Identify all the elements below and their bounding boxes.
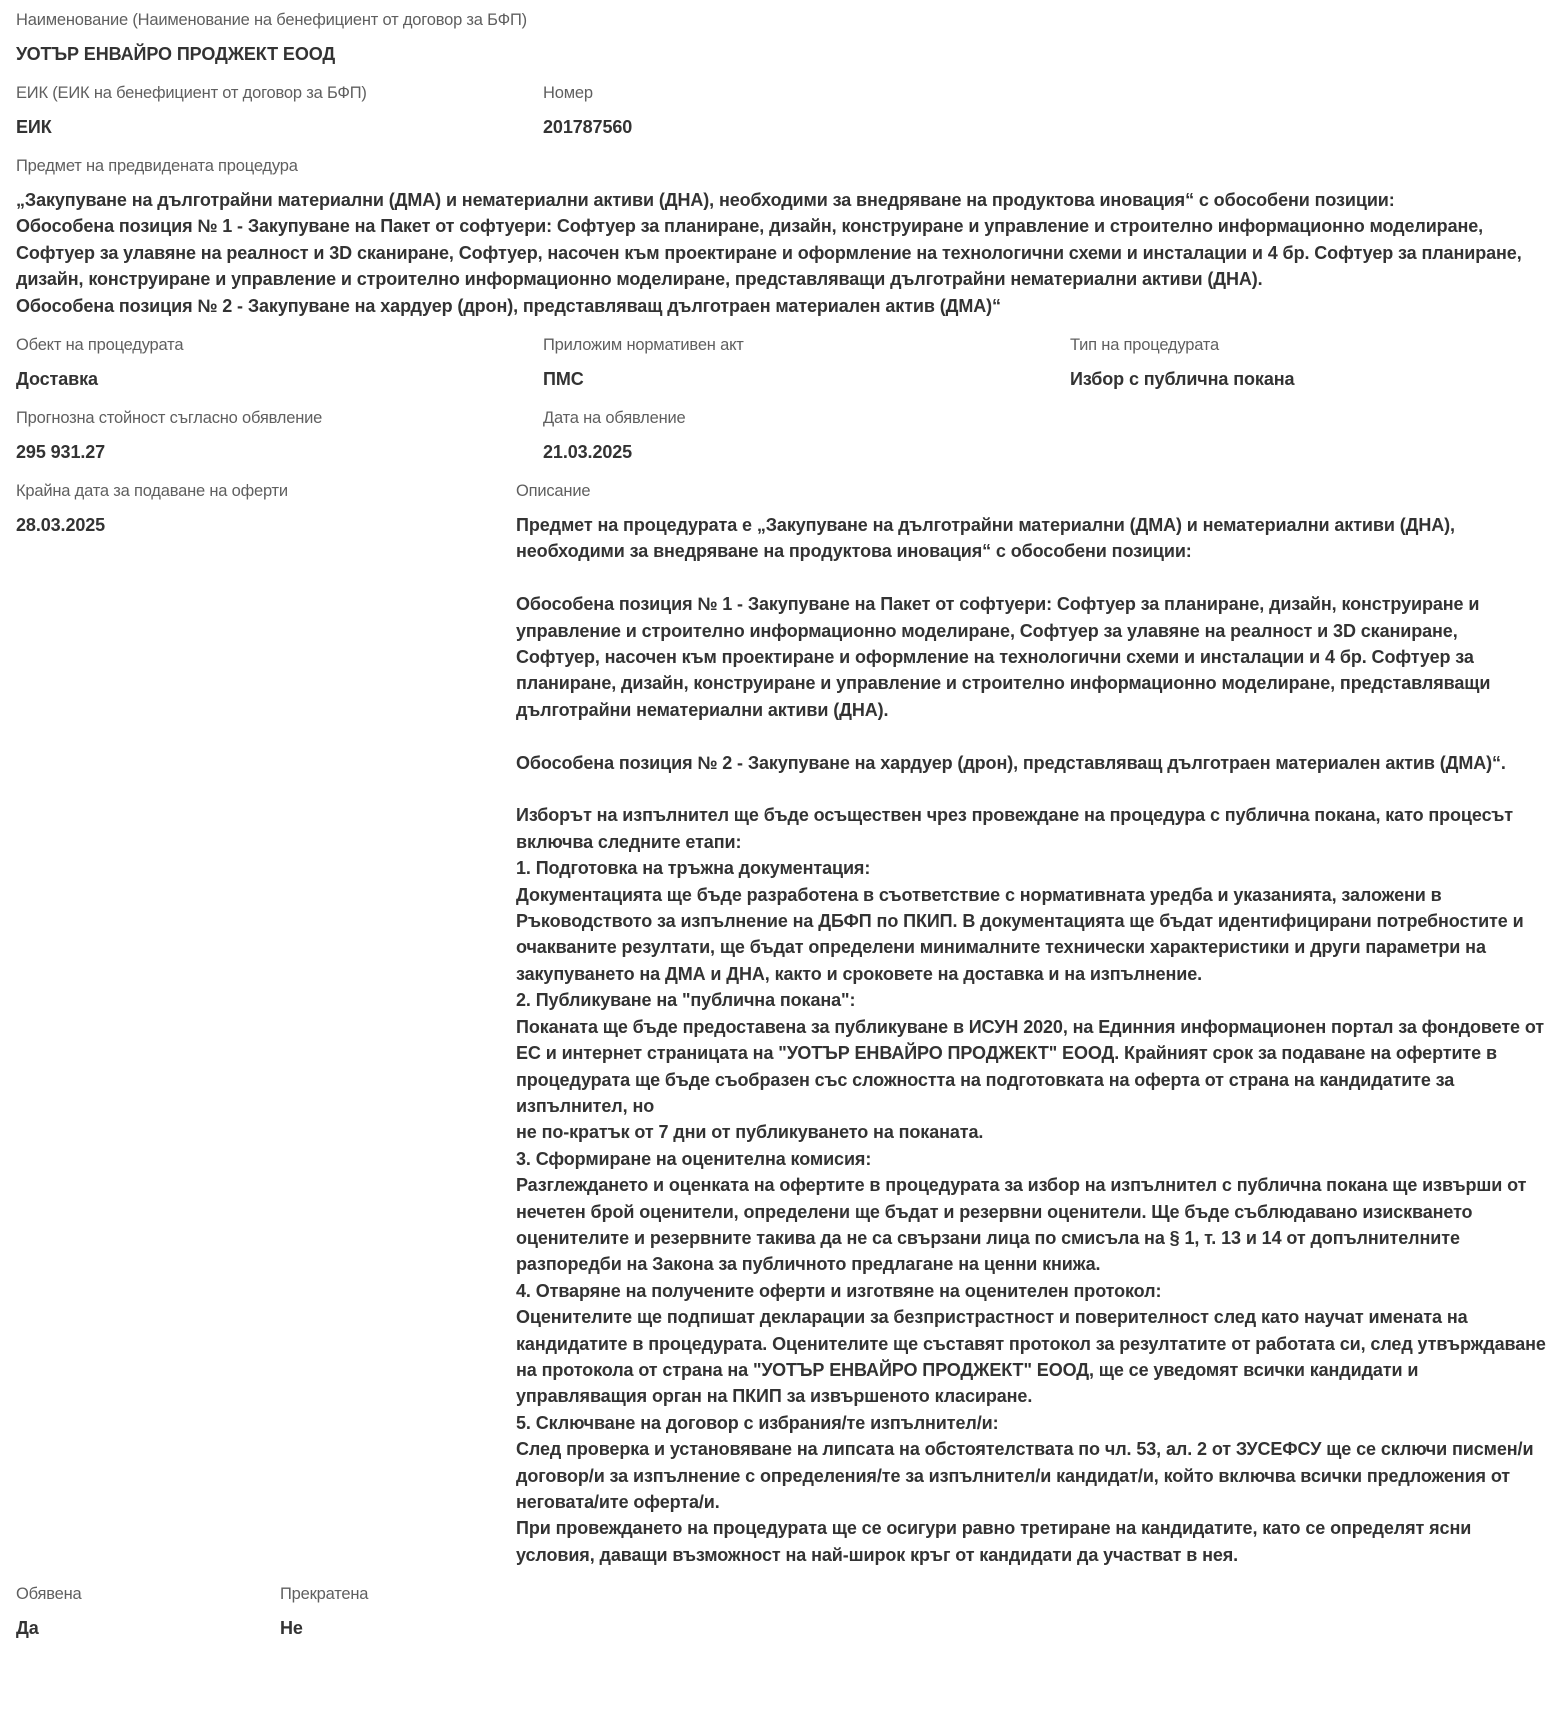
announced-label: Обявена xyxy=(16,1582,280,1606)
terminated-field: Прекратена Не xyxy=(280,1582,544,1655)
description-line: 2. Публикуване на "публична покана": xyxy=(516,987,1546,1013)
announced-field: Обявена Да xyxy=(16,1582,280,1655)
estimate-label: Прогнозна стойност съгласно обявление xyxy=(16,406,543,430)
subject-field: Предмет на предвидената процедура „Закуп… xyxy=(16,154,1546,319)
paragraph-gap xyxy=(516,776,1546,802)
description-line: Обособена позиция № 1 - Закупуване на Па… xyxy=(516,591,1546,723)
description-field: Описание Предмет на процедурата е „Закуп… xyxy=(516,479,1546,1582)
subject-line: Обособена позиция № 1 - Закупуване на Па… xyxy=(16,213,1546,292)
subject-line: Обособена позиция № 2 - Закупуване на ха… xyxy=(16,293,1546,319)
estimate-value: 295 931.27 xyxy=(16,439,543,465)
deadline-field: Крайна дата за подаване на оферти 28.03.… xyxy=(16,479,516,1582)
description-line: Изборът на изпълнител ще бъде осъществен… xyxy=(516,802,1546,855)
description-label: Описание xyxy=(516,479,1546,503)
subject-value: „Закупуване на дълготрайни материални (Д… xyxy=(16,187,1546,319)
normative-act-field: Приложим нормативен акт ПМС xyxy=(543,333,1070,406)
description-value: Предмет на процедурата е „Закупуване на … xyxy=(516,512,1546,1568)
eik-field: ЕИК (ЕИК на бенефициент от договор за БФ… xyxy=(16,81,543,154)
subject-label: Предмет на предвидената процедура xyxy=(16,154,1546,178)
eik-value: ЕИК xyxy=(16,114,543,140)
procedure-type-field: Тип на процедурата Избор с публична пока… xyxy=(1070,333,1530,406)
description-line: Документацията ще бъде разработена в съо… xyxy=(516,882,1546,988)
description-line: 1. Подготовка на тръжна документация: xyxy=(516,855,1546,881)
description-line: Обособена позиция № 2 - Закупуване на ха… xyxy=(516,750,1546,776)
description-line: Оценителите ще подпишат декларации за бе… xyxy=(516,1304,1546,1410)
description-line: не по-кратък от 7 дни от публикуването н… xyxy=(516,1119,1546,1145)
eik-label: ЕИК (ЕИК на бенефициент от договор за БФ… xyxy=(16,81,543,105)
number-value: 201787560 xyxy=(543,114,1070,140)
description-line: След проверка и установяване на липсата … xyxy=(516,1436,1546,1515)
object-value: Доставка xyxy=(16,366,543,392)
number-label: Номер xyxy=(543,81,1070,105)
description-line: 3. Сформиране на оценителна комисия: xyxy=(516,1146,1546,1172)
description-line: 4. Отваряне на получените оферти и изгот… xyxy=(516,1278,1546,1304)
terminated-value: Не xyxy=(280,1615,544,1641)
deadline-value: 28.03.2025 xyxy=(16,512,516,538)
terminated-label: Прекратена xyxy=(280,1582,544,1606)
number-field: Номер 201787560 xyxy=(543,81,1070,154)
paragraph-gap xyxy=(516,723,1546,749)
normative-act-label: Приложим нормативен акт xyxy=(543,333,1070,357)
subject-line: „Закупуване на дълготрайни материални (Д… xyxy=(16,187,1546,213)
deadline-label: Крайна дата за подаване на оферти xyxy=(16,479,516,503)
procedure-type-value: Избор с публична покана xyxy=(1070,366,1530,392)
object-field: Обект на процедурата Доставка xyxy=(16,333,543,406)
announced-value: Да xyxy=(16,1615,280,1641)
description-line: При провеждането на процедурата ще се ос… xyxy=(516,1515,1546,1568)
announce-date-field: Дата на обявление 21.03.2025 xyxy=(543,406,1070,479)
description-line: Разглеждането и оценката на офертите в п… xyxy=(516,1172,1546,1278)
normative-act-value: ПМС xyxy=(543,366,1070,392)
procedure-type-label: Тип на процедурата xyxy=(1070,333,1530,357)
beneficiary-name-value: УОТЪР ЕНВАЙРО ПРОДЖЕКТ ЕООД xyxy=(16,41,1546,67)
description-line: Поканата ще бъде предоставена за публику… xyxy=(516,1014,1546,1120)
beneficiary-name-field: Наименование (Наименование на бенефициен… xyxy=(16,8,1546,67)
description-line: 5. Сключване на договор с избрания/те из… xyxy=(516,1410,1546,1436)
object-label: Обект на процедурата xyxy=(16,333,543,357)
beneficiary-name-label: Наименование (Наименование на бенефициен… xyxy=(16,8,1546,32)
paragraph-gap xyxy=(516,565,1546,591)
procedure-details: Наименование (Наименование на бенефициен… xyxy=(0,0,1546,1655)
announce-date-label: Дата на обявление xyxy=(543,406,1070,430)
announce-date-value: 21.03.2025 xyxy=(543,439,1070,465)
estimate-field: Прогнозна стойност съгласно обявление 29… xyxy=(16,406,543,479)
description-line: Предмет на процедурата е „Закупуване на … xyxy=(516,512,1546,565)
